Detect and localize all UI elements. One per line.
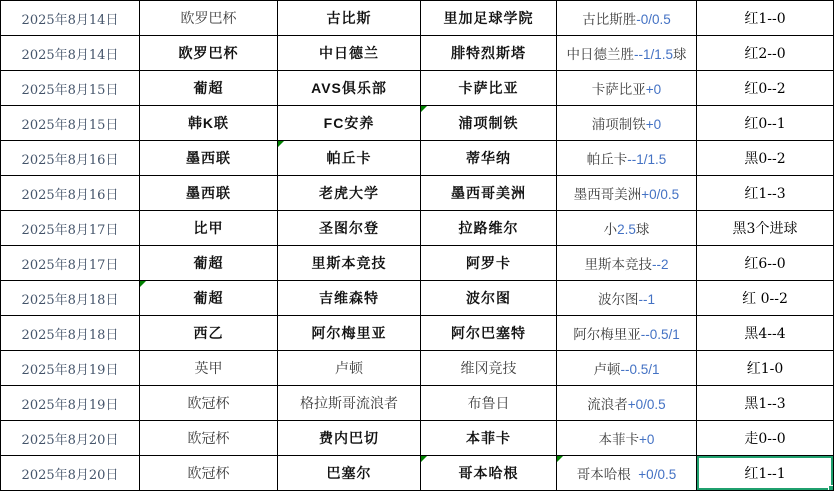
home-team-cell[interactable]: 圣图尔登 [278,211,421,246]
away-team-cell[interactable]: 蒂华纳 [421,141,557,176]
league-cell[interactable]: 欧冠杯 [140,456,278,491]
results-table: 2025年8月14日欧罗巴杯古比斯里加足球学院古比斯胜-0/0.5红1--020… [0,0,834,491]
away-team-cell[interactable]: 波尔图 [421,281,557,316]
pick-cell[interactable]: 古比斯胜-0/0.5 [557,1,697,36]
pick-segment: --1/1.5 [634,47,673,62]
away-team-cell[interactable]: 阿罗卡 [421,246,557,281]
away-team-cell[interactable]: 墨西哥美洲 [421,176,557,211]
pick-cell[interactable]: 里斯本竞技--2 [557,246,697,281]
home-team-cell[interactable]: 费内巴切 [278,421,421,456]
pick-segment: +0/0.5 [641,187,679,202]
pick-cell[interactable]: 哥本哈根 +0/0.5 [557,456,697,491]
pick-segment: +0 [639,432,654,447]
table-row: 2025年8月14日欧罗巴杯古比斯里加足球学院古比斯胜-0/0.5红1--0 [1,1,834,36]
pick-segment: +0 [646,82,661,97]
error-indicator-icon [421,456,427,462]
pick-cell[interactable]: 墨西哥美洲+0/0.5 [557,176,697,211]
date-cell[interactable]: 2025年8月17日 [1,246,140,281]
result-cell-selected[interactable]: 红1--1 [697,456,834,491]
pick-segment: --1 [639,292,656,307]
league-cell[interactable]: 葡超 [140,281,278,316]
pick-cell[interactable]: 帕丘卡--1/1.5 [557,141,697,176]
date-cell[interactable]: 2025年8月18日 [1,316,140,351]
pick-cell[interactable]: 中日德兰胜--1/1.5球 [557,36,697,71]
league-cell[interactable]: 英甲 [140,351,278,386]
table-row: 2025年8月15日葡超AVS俱乐部卡萨比亚卡萨比亚+0红0--2 [1,71,834,106]
pick-segment: --0.5/1 [641,327,680,342]
pick-segment: 哥本哈根 [577,467,639,482]
error-indicator-icon [278,141,284,147]
result-cell[interactable]: 红0--1 [697,106,834,141]
error-indicator-icon [557,456,563,462]
away-team-cell[interactable]: 阿尔巴塞特 [421,316,557,351]
table-row: 2025年8月19日英甲卢顿维冈竞技卢顿--0.5/1红1-0 [1,351,834,386]
home-team-cell[interactable]: AVS俱乐部 [278,71,421,106]
result-cell[interactable]: 红1-0 [697,351,834,386]
pick-segment: --2 [652,257,669,272]
pick-segment: 小 [604,222,618,237]
away-team-cell[interactable]: 本菲卡 [421,421,557,456]
pick-segment: 2.5 [617,222,636,237]
table-row: 2025年8月20日欧冠杯费内巴切本菲卡本菲卡+0走0--0 [1,421,834,456]
result-cell[interactable]: 红 0--2 [697,281,834,316]
pick-cell[interactable]: 浦项制铁+0 [557,106,697,141]
pick-segment: 帕丘卡 [587,152,628,167]
results-table-body: 2025年8月14日欧罗巴杯古比斯里加足球学院古比斯胜-0/0.5红1--020… [1,1,834,491]
result-cell[interactable]: 红0--2 [697,71,834,106]
result-cell[interactable]: 黑0--2 [697,141,834,176]
away-team-cell[interactable]: 腓特烈斯塔 [421,36,557,71]
home-team-cell[interactable]: 里斯本竞技 [278,246,421,281]
date-cell[interactable]: 2025年8月17日 [1,211,140,246]
home-team-cell[interactable]: 老虎大学 [278,176,421,211]
result-cell[interactable]: 黑4--4 [697,316,834,351]
league-cell[interactable]: 欧冠杯 [140,386,278,421]
away-team-cell[interactable]: 卡萨比亚 [421,71,557,106]
pick-cell[interactable]: 阿尔梅里亚--0.5/1 [557,316,697,351]
league-cell[interactable]: 欧罗巴杯 [140,36,278,71]
pick-segment: 卢顿 [593,362,620,377]
league-cell[interactable]: 葡超 [140,246,278,281]
away-team-cell[interactable]: 里加足球学院 [421,1,557,36]
table-row: 2025年8月18日西乙阿尔梅里亚阿尔巴塞特阿尔梅里亚--0.5/1黑4--4 [1,316,834,351]
away-team-cell[interactable]: 拉路维尔 [421,211,557,246]
date-cell[interactable]: 2025年8月15日 [1,71,140,106]
home-team-cell[interactable]: 格拉斯哥流浪者 [278,386,421,421]
pick-segment: +0 [646,117,661,132]
pick-segment: 里斯本竞技 [585,257,653,272]
away-team-cell[interactable]: 布鲁日 [421,386,557,421]
league-cell[interactable]: 欧罗巴杯 [140,1,278,36]
home-team-cell[interactable]: 中日德兰 [278,36,421,71]
home-team-cell[interactable]: 古比斯 [278,1,421,36]
away-team-cell[interactable]: 哥本哈根 [421,456,557,491]
date-cell[interactable]: 2025年8月14日 [1,1,140,36]
pick-segment: 中日德兰胜 [566,47,634,62]
pick-cell[interactable]: 本菲卡+0 [557,421,697,456]
date-cell[interactable]: 2025年8月15日 [1,106,140,141]
table-row: 2025年8月16日墨西联老虎大学墨西哥美洲墨西哥美洲+0/0.5红1--3 [1,176,834,211]
pick-segment: --0.5/1 [620,362,659,377]
table-row: 2025年8月18日葡超吉维森特波尔图波尔图--1红 0--2 [1,281,834,316]
pick-segment: 古比斯胜 [582,12,636,27]
league-cell[interactable]: 西乙 [140,316,278,351]
home-team-cell[interactable]: FC安养 [278,106,421,141]
pick-segment: 球 [636,222,650,237]
table-row: 2025年8月16日墨西联帕丘卡蒂华纳帕丘卡--1/1.5黑0--2 [1,141,834,176]
date-cell[interactable]: 2025年8月19日 [1,351,140,386]
date-cell[interactable]: 2025年8月16日 [1,141,140,176]
result-cell[interactable]: 黑1--3 [697,386,834,421]
table-row: 2025年8月17日比甲圣图尔登拉路维尔小2.5球黑3个进球 [1,211,834,246]
date-cell[interactable]: 2025年8月20日 [1,456,140,491]
home-team-cell[interactable]: 卢顿 [278,351,421,386]
date-cell[interactable]: 2025年8月20日 [1,421,140,456]
error-indicator-icon [140,281,146,287]
league-cell[interactable]: 比甲 [140,211,278,246]
date-cell[interactable]: 2025年8月16日 [1,176,140,211]
pick-segment: 波尔图 [598,292,639,307]
league-cell[interactable]: 墨西联 [140,141,278,176]
pick-segment: +0/0.5 [628,397,666,412]
pick-cell[interactable]: 卡萨比亚+0 [557,71,697,106]
pick-segment: 卡萨比亚 [592,82,646,97]
date-cell[interactable]: 2025年8月19日 [1,386,140,421]
result-cell[interactable]: 黑3个进球 [697,211,834,246]
pick-segment: +0/0.5 [638,467,676,482]
table-row: 2025年8月17日葡超里斯本竞技阿罗卡里斯本竞技--2红6--0 [1,246,834,281]
table-row: 2025年8月19日欧冠杯格拉斯哥流浪者布鲁日流浪者+0/0.5黑1--3 [1,386,834,421]
error-indicator-icon [421,106,427,112]
date-cell[interactable]: 2025年8月14日 [1,36,140,71]
result-cell[interactable]: 红6--0 [697,246,834,281]
pick-segment: -0/0.5 [636,12,671,27]
pick-cell[interactable]: 小2.5球 [557,211,697,246]
home-team-cell[interactable]: 帕丘卡 [278,141,421,176]
table-row: 2025年8月15日韩K联FC安养浦项制铁浦项制铁+0红0--1 [1,106,834,141]
away-team-cell[interactable]: 维冈竞技 [421,351,557,386]
home-team-cell[interactable]: 吉维森特 [278,281,421,316]
result-cell[interactable]: 红2--0 [697,36,834,71]
home-team-cell[interactable]: 阿尔梅里亚 [278,316,421,351]
result-cell[interactable]: 红1--0 [697,1,834,36]
pick-segment: 球 [673,47,687,62]
pick-cell[interactable]: 波尔图--1 [557,281,697,316]
pick-cell[interactable]: 卢顿--0.5/1 [557,351,697,386]
league-cell[interactable]: 欧冠杯 [140,421,278,456]
pick-segment: --1/1.5 [627,152,666,167]
table-row: 2025年8月20日欧冠杯巴塞尔哥本哈根哥本哈根 +0/0.5红1--1 [1,456,834,491]
pick-segment: 浦项制铁 [592,117,646,132]
date-cell[interactable]: 2025年8月18日 [1,281,140,316]
pick-segment: 本菲卡 [599,432,640,447]
league-cell[interactable]: 韩K联 [140,106,278,141]
pick-segment: 阿尔梅里亚 [573,327,641,342]
pick-cell[interactable]: 流浪者+0/0.5 [557,386,697,421]
result-cell[interactable]: 红1--3 [697,176,834,211]
away-team-cell[interactable]: 浦项制铁 [421,106,557,141]
pick-segment: 流浪者 [587,397,628,412]
home-team-cell[interactable]: 巴塞尔 [278,456,421,491]
result-cell[interactable]: 走0--0 [697,421,834,456]
league-cell[interactable]: 墨西联 [140,176,278,211]
league-cell[interactable]: 葡超 [140,71,278,106]
table-row: 2025年8月14日欧罗巴杯中日德兰腓特烈斯塔中日德兰胜--1/1.5球红2--… [1,36,834,71]
pick-segment: 墨西哥美洲 [574,187,642,202]
